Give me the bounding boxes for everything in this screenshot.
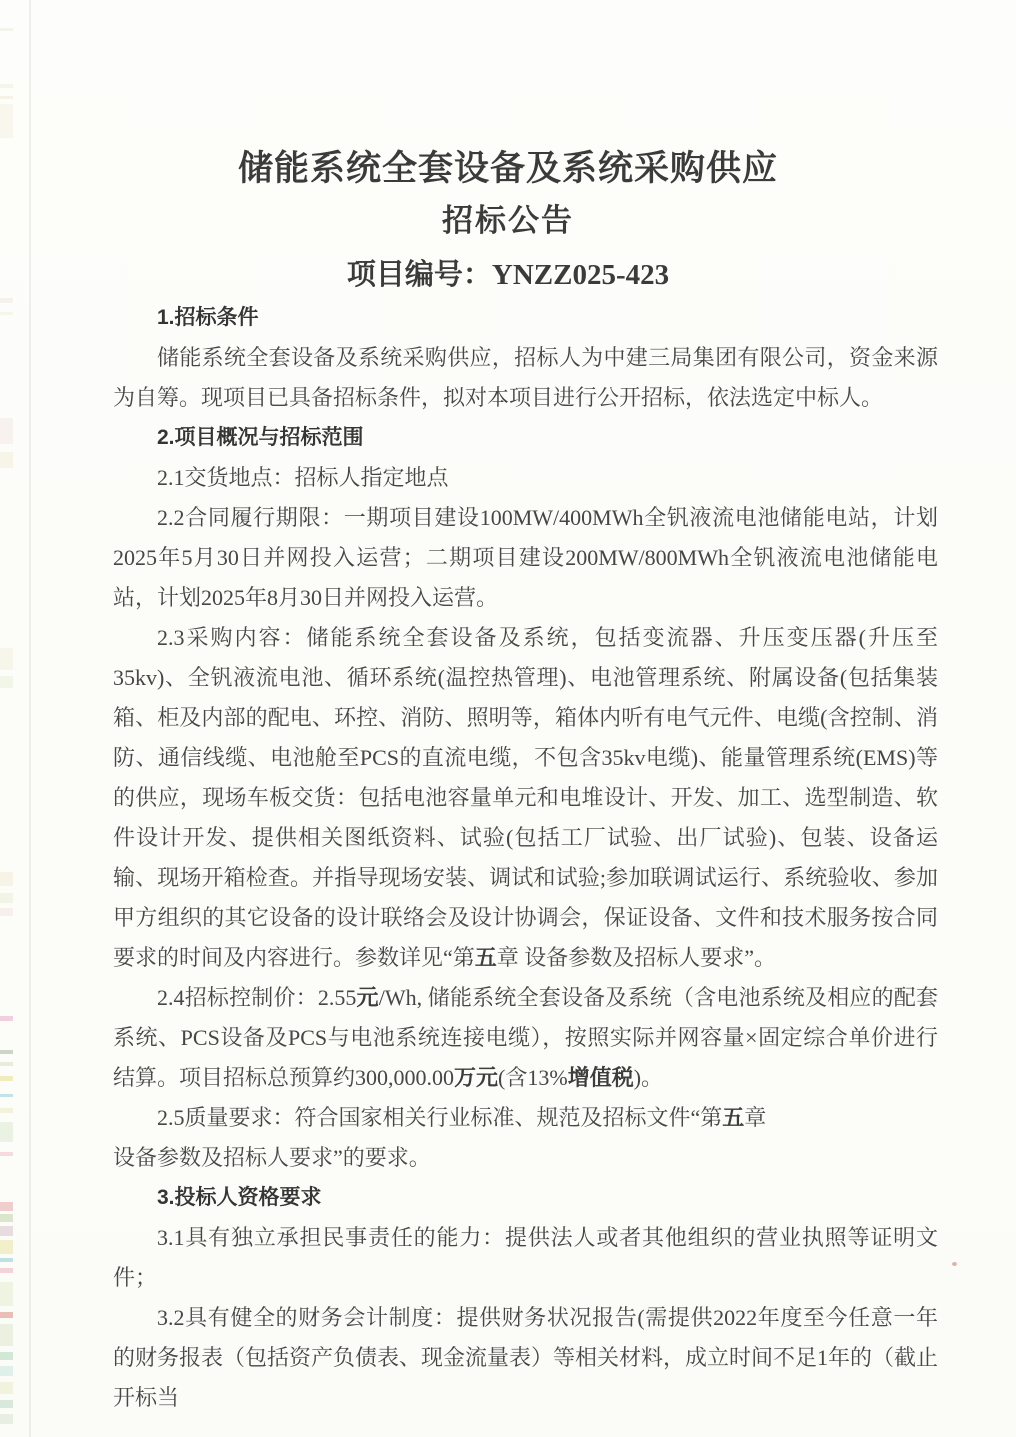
scan-edge-artifact [0, 1268, 13, 1273]
text-run: 设备参数及招标人要求”的要求。 [113, 1145, 431, 1170]
scan-edge-artifact [0, 1400, 13, 1408]
section-heading: 1.招标条件 [113, 298, 938, 338]
text-run: 3.投标人资格要求 [157, 1186, 322, 1209]
text-run: 2.项目概况与招标范围 [157, 426, 364, 449]
paragraph: 设备参数及招标人要求”的要求。 [113, 1138, 938, 1178]
scan-edge-artifact [0, 1414, 13, 1424]
section-heading: 2.项目概况与招标范围 [113, 418, 938, 458]
scan-edge-artifact [0, 96, 13, 99]
scan-edge-artifact [0, 1214, 13, 1222]
scan-edge-artifact [0, 648, 13, 670]
scan-edge-artifact [0, 1122, 13, 1142]
scan-edge-artifact [0, 1240, 13, 1254]
document-body: 1.招标条件储能系统全套设备及系统采购供应，招标人为中建三局集团有限公司，资金来… [113, 298, 938, 1418]
scan-edge-artifact [0, 1382, 13, 1394]
text-run: 2.3采购内容：储能系统全套设备及系统，包括变流器、升压变压器(升压至35kv)… [113, 625, 938, 970]
project-number: 项目编号：YNZZ025-423 [0, 253, 1016, 297]
text-run: 章 [744, 1105, 766, 1130]
scan-edge-artifact [0, 28, 13, 31]
scan-edge-artifact [0, 418, 13, 444]
text-run: 2.4招标控制价：2.55 [157, 985, 356, 1010]
scan-edge-artifact [0, 298, 13, 303]
bold-text-run: 增值税 [568, 1065, 634, 1090]
section-heading: 3.投标人资格要求 [113, 1178, 938, 1218]
scan-edge-artifact [0, 1202, 13, 1211]
paragraph: 储能系统全套设备及系统采购供应，招标人为中建三局集团有限公司，资金来源为自筹。现… [113, 338, 938, 418]
scan-edge-artifact [0, 1152, 13, 1156]
paragraph: 3.1具有独立承担民事责任的能力：提供法人或者其他组织的营业执照等证明文件； [113, 1218, 938, 1298]
text-run: 3.2具有健全的财务会计制度：提供财务状况报告(需提供2022年度至今任意一年的… [113, 1305, 938, 1410]
scan-edge-artifact [0, 1352, 13, 1360]
scan-edge-artifact [0, 84, 13, 88]
scan-edge-artifact [0, 1258, 13, 1262]
scan-edge-artifact [0, 312, 13, 315]
scan-edge-artifact [0, 1366, 13, 1376]
scan-edge-artifact [0, 1312, 13, 1318]
scanned-page: 储能系统全套设备及系统采购供应 招标公告 项目编号：YNZZ025-423 1.… [0, 0, 1016, 1437]
scan-edge-artifact [0, 893, 13, 903]
scan-edge-artifact [0, 872, 13, 886]
bold-text-run: 五 [722, 1105, 744, 1130]
scan-edge-artifact [0, 1226, 13, 1236]
scan-edge-artifact [0, 1062, 13, 1066]
paragraph: 2.2合同履行期限：一期项目建设100MW/400MWh全钒液流电池储能电站，计… [113, 498, 938, 618]
scan-edge-artifact [0, 104, 13, 138]
scan-edge-artifact [0, 1050, 13, 1054]
paragraph: 2.4招标控制价：2.55元/Wh, 储能系统全套设备及系统（含电池系统及相应的… [113, 978, 938, 1098]
text-run: 储能系统全套设备及系统采购供应，招标人为中建三局集团有限公司，资金来源为自筹。现… [113, 345, 938, 410]
scan-edge-artifact [0, 676, 13, 688]
bold-text-run: 元 [356, 985, 378, 1010]
document-header: 储能系统全套设备及系统采购供应 招标公告 项目编号：YNZZ025-423 [0, 144, 1016, 297]
scan-edge-artifact [0, 1282, 13, 1306]
text-run: 章 设备参数及招标人要求”。 [497, 945, 776, 970]
text-run: 2.2合同履行期限：一期项目建设100MW/400MWh全钒液流电池储能电站，计… [113, 505, 938, 610]
paragraph: 2.3采购内容：储能系统全套设备及系统，包括变流器、升压变压器(升压至35kv)… [113, 618, 938, 978]
bold-text-run: 五 [475, 945, 497, 970]
scan-speck [952, 1262, 957, 1266]
scan-edge-artifact [0, 1108, 13, 1113]
scan-edge-artifact [0, 1324, 13, 1346]
text-run: 2.5质量要求：符合国家相关行业标准、规范及招标文件“第 [157, 1105, 722, 1130]
paragraph: 2.1交货地点：招标人指定地点 [113, 458, 938, 498]
text-run: 1.招标条件 [157, 306, 259, 329]
scan-edge-artifact [0, 452, 13, 468]
text-run: 2.1交货地点：招标人指定地点 [157, 465, 449, 490]
text-run: 3.1具有独立承担民事责任的能力：提供法人或者其他组织的营业执照等证明文件； [113, 1225, 938, 1290]
scan-edge-artifact [0, 1016, 13, 1021]
text-run: (含13% [498, 1065, 568, 1090]
paragraph: 3.2具有健全的财务会计制度：提供财务状况报告(需提供2022年度至今任意一年的… [113, 1298, 938, 1418]
document-subtitle: 招标公告 [0, 198, 1016, 244]
bold-text-run: 万元 [454, 1065, 498, 1090]
paragraph: 2.5质量要求：符合国家相关行业标准、规范及招标文件“第五章 [113, 1098, 938, 1138]
scan-edge-artifact [0, 1094, 13, 1097]
scan-edge-artifact [0, 1076, 13, 1081]
scan-edge-artifact [0, 908, 13, 916]
document-title: 储能系统全套设备及系统采购供应 [0, 144, 1016, 194]
text-run: )。 [634, 1065, 663, 1090]
